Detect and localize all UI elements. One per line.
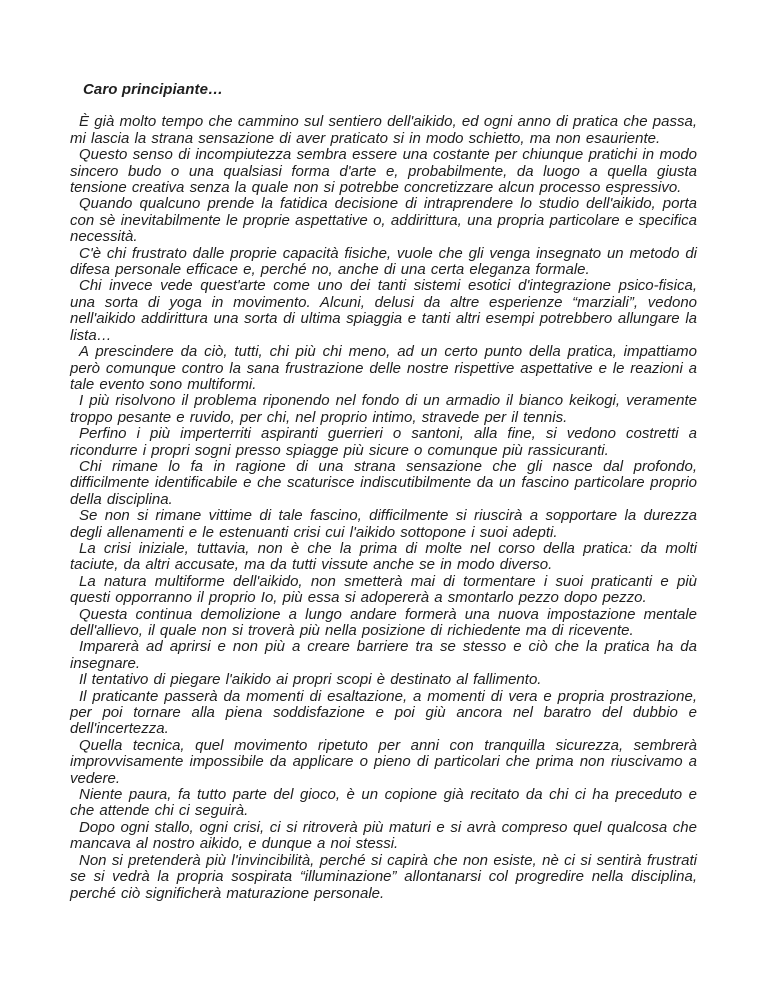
paragraph: Questo senso di incompiutezza sembra ess… bbox=[70, 147, 697, 196]
paragraph: La natura multiforme dell'aikido, non sm… bbox=[70, 574, 697, 607]
paragraph: È già molto tempo che cammino sul sentie… bbox=[70, 114, 697, 147]
paragraph: I più risolvono il problema riponendo ne… bbox=[70, 393, 697, 426]
paragraph: Imparerà ad aprirsi e non più a creare b… bbox=[70, 639, 697, 672]
paragraph: A prescindere da ciò, tutti, chi più chi… bbox=[70, 344, 697, 393]
paragraph: Il praticante passerà da momenti di esal… bbox=[70, 689, 697, 738]
paragraph: Chi rimane lo fa in ragione di una stran… bbox=[70, 459, 697, 508]
paragraph: Questa continua demolizione a lungo anda… bbox=[70, 607, 697, 640]
paragraph: Se non si rimane vittime di tale fascino… bbox=[70, 508, 697, 541]
paragraph: La crisi iniziale, tuttavia, non è che l… bbox=[70, 541, 697, 574]
paragraph: C'è chi frustrato dalle proprie capacità… bbox=[70, 246, 697, 279]
paragraph: Perfino i più imperterriti aspiranti gue… bbox=[70, 426, 697, 459]
document-title: Caro principiante… bbox=[83, 82, 697, 98]
paragraph: Quando qualcuno prende la fatidica decis… bbox=[70, 196, 697, 245]
document-page: Caro principiante… È già molto tempo che… bbox=[0, 0, 768, 994]
paragraph: Non si pretenderà più l'invincibilità, p… bbox=[70, 853, 697, 902]
paragraph: Quella tecnica, quel movimento ripetuto … bbox=[70, 738, 697, 787]
paragraph: Il tentativo di piegare l'aikido ai prop… bbox=[70, 672, 697, 688]
paragraph: Niente paura, fa tutto parte del gioco, … bbox=[70, 787, 697, 820]
paragraph: Chi invece vede quest'arte come uno dei … bbox=[70, 278, 697, 344]
paragraph: Dopo ogni stallo, ogni crisi, ci si ritr… bbox=[70, 820, 697, 853]
